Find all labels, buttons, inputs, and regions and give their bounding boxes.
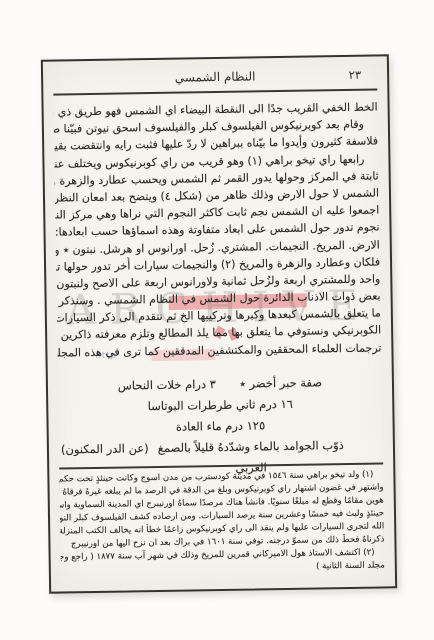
- body-text: الخط الخفي القريب جدًا الى النقطة البيضا…: [54, 98, 382, 361]
- page-header: النظام الشمسي ٢٣: [53, 62, 377, 95]
- recipe-title: صفة حبر أخضر ٭: [239, 375, 322, 390]
- scanned-page-background: ARCHIVE http النظام الشمسي ٢٣ الخط الخفي…: [0, 0, 434, 640]
- footnotes: (١) ولد تيخو براهي سنة ١٥٤٦ في مدينة كود…: [59, 468, 385, 577]
- page-title: النظام الشمسي: [53, 67, 377, 86]
- recipe-line: ذوّب الجوامد بالماء وشدّدهُ قليلاً بالصم…: [59, 434, 383, 460]
- recipe-item: ٣ درام خلات النحاس: [118, 377, 216, 393]
- page-number: ٢٣: [349, 68, 362, 82]
- page-frame: ARCHIVE http النظام الشمسي ٢٣ الخط الخفي…: [41, 54, 397, 593]
- recipe-source: (عن الدر المكنون): [59, 438, 149, 460]
- recipe-block: صفة حبر أخضر ٭ ٣ درام خلات النحاس ١٦ درم…: [58, 371, 383, 460]
